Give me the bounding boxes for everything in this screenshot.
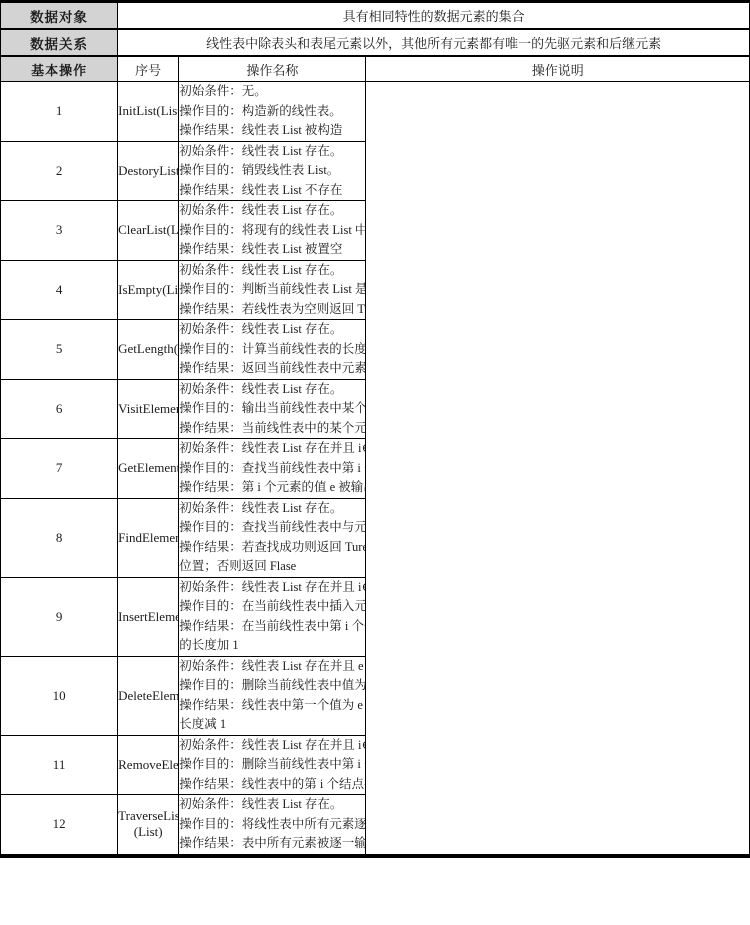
operation-description: 初始条件：线性表 List 存在。操作目的：查找当前线性表中与元素 e 的值相匹… bbox=[179, 498, 366, 577]
header-operation-description: 操作说明 bbox=[366, 56, 750, 82]
description-line: 初始条件：线性表 List 存在并且 i∈[1,GetLength(List)]… bbox=[179, 736, 365, 756]
description-line: 操作结果：表中所有元素被逐一输出 bbox=[179, 834, 365, 854]
operation-description: 初始条件：线性表 List 存在并且 i∈[1,GetLength(List)]… bbox=[179, 439, 366, 499]
data-object-label: 数据对象 bbox=[1, 2, 118, 30]
description-line: 操作结果：线性表 List 被构造 bbox=[179, 121, 365, 141]
operation-description: 初始条件：线性表 List 存在并且 i∈[1,GetLength(List)+… bbox=[179, 577, 366, 656]
operation-description: 初始条件：线性表 List 存在。操作目的：销毁线性表 List。操作结果：线性… bbox=[179, 141, 366, 201]
operation-name: GetElement(List,i,e) bbox=[118, 439, 179, 499]
operation-row: 7 GetElement(List,i,e) 初始条件：线性表 List 存在并… bbox=[1, 439, 750, 499]
description-line: 操作目的：删除当前线性表中值为 e 的元素。 bbox=[179, 676, 365, 696]
operation-row: 4 IsEmpty(List) 初始条件：线性表 List 存在。操作目的：判断… bbox=[1, 260, 750, 320]
description-line: 初始条件：线性表 List 存在。 bbox=[179, 795, 365, 815]
operation-row: 8 FindElement(List,e) 初始条件：线性表 List 存在。操… bbox=[1, 498, 750, 577]
description-line: 操作结果：线性表中第一个值为 e 的结点被删除，线性表 List 的 bbox=[179, 696, 365, 716]
data-object-value: 具有相同特性的数据元素的集合 bbox=[118, 2, 750, 30]
description-line: 操作结果：线性表中的第 i 个结点被删除，线性表 List 的长度减 1 bbox=[179, 775, 365, 795]
operations-header-row: 基本操作 序号 操作名称 操作说明 bbox=[1, 56, 750, 82]
operation-name: InitList(List) bbox=[118, 82, 179, 142]
operation-name: FindElement(List,e) bbox=[118, 498, 179, 577]
description-line: 操作结果：若线性表为空则返回 True，否则返回 False bbox=[179, 300, 365, 320]
operation-index: 11 bbox=[1, 735, 118, 795]
operation-name: GetLength(List) bbox=[118, 320, 179, 380]
operation-name: RemoveElement(List,i) bbox=[118, 735, 179, 795]
adt-definition-table: 数据对象 具有相同特性的数据元素的集合 数据关系 线性表中除表头和表尾元素以外，… bbox=[0, 0, 750, 858]
operation-index: 9 bbox=[1, 577, 118, 656]
operation-description: 初始条件：线性表 List 存在。操作目的：将现有的线性表 List 中的所有内… bbox=[179, 201, 366, 261]
operation-name: VisitElement(List) bbox=[118, 379, 179, 439]
data-relation-value: 线性表中除表头和表尾元素以外，其他所有元素都有唯一的先驱元素和后继元素 bbox=[118, 29, 750, 56]
operation-name: InsertElement(List,i,e) bbox=[118, 577, 179, 656]
description-line: 操作结果：返回当前线性表中元素的个数 bbox=[179, 359, 365, 379]
description-line: 操作结果：线性表 List 被置空 bbox=[179, 240, 365, 260]
description-line: 位置；否则返回 Flase bbox=[179, 557, 365, 577]
description-line: 初始条件：线性表 List 存在并且 e∈{List}。 bbox=[179, 657, 365, 677]
operation-index: 6 bbox=[1, 379, 118, 439]
operation-description: 初始条件：线性表 List 存在。操作目的：计算当前线性表的长度。操作结果：返回… bbox=[179, 320, 366, 380]
description-line: 操作目的：判断当前线性表 List 是否为空。 bbox=[179, 280, 365, 300]
operation-description: 初始条件：线性表 List 存在并且 e∈{List}。操作目的：删除当前线性表… bbox=[179, 656, 366, 735]
operation-index: 7 bbox=[1, 439, 118, 499]
description-line: 操作结果：当前线性表中的某个元素被输出 bbox=[179, 419, 365, 439]
operation-index: 10 bbox=[1, 656, 118, 735]
description-line: 初始条件：线性表 List 存在。 bbox=[179, 142, 365, 162]
description-line: 操作结果：在当前线性表中第 i 个位置前插入元素 e，线性表 List bbox=[179, 617, 365, 637]
operation-name: ClearList(List) bbox=[118, 201, 179, 261]
operation-row: 10 DeleteElement(List,e) 初始条件：线性表 List 存… bbox=[1, 656, 750, 735]
description-line: 操作目的：计算当前线性表的长度。 bbox=[179, 340, 365, 360]
description-line: 初始条件：线性表 List 存在。 bbox=[179, 499, 365, 519]
description-line: 操作目的：删除当前线性表中第 i 个位置的元素。 bbox=[179, 755, 365, 775]
description-line: 操作目的：查找当前线性表中第 i 个元素的值，并将其赋给 e。 bbox=[179, 459, 365, 479]
operation-description: 初始条件：线性表 List 存在。操作目的：判断当前线性表 List 是否为空。… bbox=[179, 260, 366, 320]
operation-row: 5 GetLength(List) 初始条件：线性表 List 存在。操作目的：… bbox=[1, 320, 750, 380]
operation-index: 3 bbox=[1, 201, 118, 261]
operation-index: 1 bbox=[1, 82, 118, 142]
header-index: 序号 bbox=[118, 56, 179, 82]
data-relation-row: 数据关系 线性表中除表头和表尾元素以外，其他所有元素都有唯一的先驱元素和后继元素 bbox=[1, 29, 750, 56]
header-operation-name: 操作名称 bbox=[179, 56, 366, 82]
description-line: 初始条件：线性表 List 存在。 bbox=[179, 261, 365, 281]
description-line: 长度减 1 bbox=[179, 715, 365, 735]
description-line: 初始条件：线性表 List 存在。 bbox=[179, 201, 365, 221]
description-line: 初始条件：线性表 List 存在。 bbox=[179, 320, 365, 340]
description-line: 操作结果：若查找成功则返回 Ture，并输出该元素在线性表中的 bbox=[179, 538, 365, 558]
operation-index: 5 bbox=[1, 320, 118, 380]
operation-row: 11 RemoveElement(List,i) 初始条件：线性表 List 存… bbox=[1, 735, 750, 795]
description-line: 初始条件：线性表 List 存在并且 i∈[1,GetLength(List)+… bbox=[179, 578, 365, 598]
description-line: 初始条件：线性表 List 存在。 bbox=[179, 380, 365, 400]
description-line: 的长度加 1 bbox=[179, 636, 365, 656]
operation-index: 2 bbox=[1, 141, 118, 201]
description-line: 初始条件：线性表 List 存在并且 i∈[1,GetLength(List)]… bbox=[179, 439, 365, 459]
description-line: 操作目的：输出当前线性表中某个元素。 bbox=[179, 399, 365, 419]
operation-row: 1 InitList(List) 初始条件：无。操作目的：构造新的线性表。操作结… bbox=[1, 82, 750, 142]
operation-row: 2 DestoryList(List) 初始条件：线性表 List 存在。操作目… bbox=[1, 141, 750, 201]
operation-name: IsEmpty(List) bbox=[118, 260, 179, 320]
operation-index: 12 bbox=[1, 795, 118, 856]
data-relation-label: 数据关系 bbox=[1, 29, 118, 56]
operation-description: 初始条件：线性表 List 存在。操作目的：输出当前线性表中某个元素。操作结果：… bbox=[179, 379, 366, 439]
description-line: 操作结果：线性表 List 不存在 bbox=[179, 181, 365, 201]
description-line: 初始条件：无。 bbox=[179, 82, 365, 102]
operation-description: 初始条件：线性表 List 存在。操作目的：将线性表中所有元素逐一输出。操作结果… bbox=[179, 795, 366, 856]
operation-row: 3 ClearList(List) 初始条件：线性表 List 存在。操作目的：… bbox=[1, 201, 750, 261]
operation-name: TraverseList (List) bbox=[118, 795, 179, 856]
description-line: 操作目的：将线性表中所有元素逐一输出。 bbox=[179, 815, 365, 835]
data-object-row: 数据对象 具有相同特性的数据元素的集合 bbox=[1, 2, 750, 30]
operation-name: DestoryList(List) bbox=[118, 141, 179, 201]
description-line: 操作结果：第 i 个元素的值 e 被输出 bbox=[179, 478, 365, 498]
description-line: 操作目的：销毁线性表 List。 bbox=[179, 161, 365, 181]
operation-row: 9 InsertElement(List,i,e) 初始条件：线性表 List … bbox=[1, 577, 750, 656]
basic-operations-label: 基本操作 bbox=[1, 56, 118, 82]
description-line: 操作目的：在当前线性表中插入元素。 bbox=[179, 597, 365, 617]
operation-index: 8 bbox=[1, 498, 118, 577]
operation-row: 6 VisitElement(List) 初始条件：线性表 List 存在。操作… bbox=[1, 379, 750, 439]
description-line: 操作目的：构造新的线性表。 bbox=[179, 102, 365, 122]
operation-row: 12 TraverseList (List) 初始条件：线性表 List 存在。… bbox=[1, 795, 750, 856]
description-line: 操作目的：查找当前线性表中与元素 e 的值相匹配的第一个元素。 bbox=[179, 518, 365, 538]
operation-name: DeleteElement(List,e) bbox=[118, 656, 179, 735]
operation-description: 初始条件：无。操作目的：构造新的线性表。操作结果：线性表 List 被构造 bbox=[179, 82, 366, 142]
operation-description: 初始条件：线性表 List 存在并且 i∈[1,GetLength(List)]… bbox=[179, 735, 366, 795]
operation-index: 4 bbox=[1, 260, 118, 320]
description-line: 操作目的：将现有的线性表 List 中的所有内容重置为空。 bbox=[179, 221, 365, 241]
